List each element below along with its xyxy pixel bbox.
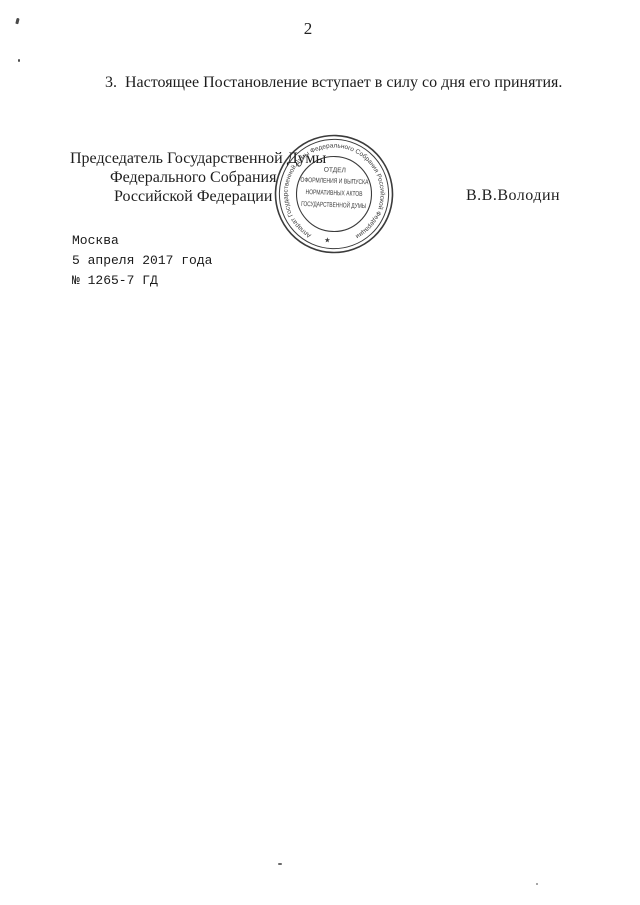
footer-document-number: № 1265-7 ГД — [72, 274, 158, 287]
resolution-clause-3: 3. Настоящее Постановление вступает в си… — [105, 75, 562, 91]
scan-speck — [278, 863, 282, 865]
signatory-title-line-3: Российской Федерации — [114, 189, 272, 205]
footer-city: Москва — [72, 234, 119, 247]
signatory-title-line-2: Федерального Собрания — [110, 170, 276, 186]
footer-date: 5 апреля 2017 года — [72, 254, 212, 267]
stamp-star-icon: ★ — [324, 236, 331, 244]
official-round-stamp: Аппарат Государственной Думы Федеральног… — [272, 132, 396, 256]
stamp-center-line-1: ОТДЕЛ — [324, 167, 346, 175]
stamp-center-line-4: ГОСУДАРСТВЕННОЙ ДУМЫ — [301, 199, 366, 210]
page-number: 2 — [0, 20, 616, 37]
scan-speck — [536, 883, 538, 885]
stamp-center-line-2: ОФОРМЛЕНИЯ И ВЫПУСКА — [300, 177, 369, 186]
scan-speck — [18, 59, 20, 62]
stamp-center-line-3: НОРМАТИВНЫХ АКТОВ — [305, 189, 363, 198]
signatory-name: В.В.Володин — [466, 188, 560, 204]
